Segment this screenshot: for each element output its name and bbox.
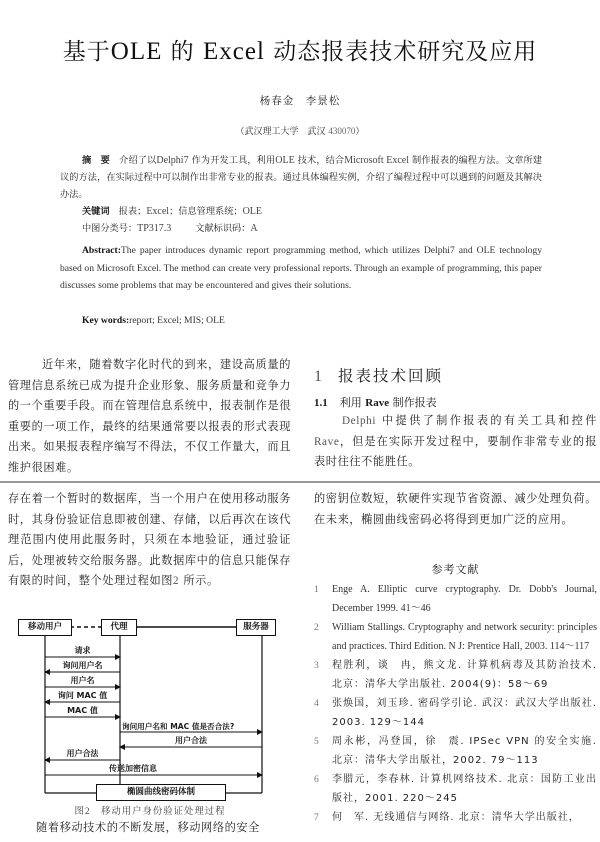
references-title: 参考文献 bbox=[314, 561, 597, 577]
keywords-en-label: Key words: bbox=[82, 315, 129, 326]
keywords-en: Key words:report; Excel; MIS; OLE bbox=[82, 315, 225, 326]
message-label: 用户名 bbox=[45, 675, 120, 686]
abstract-en-label: Abstract: bbox=[82, 245, 121, 256]
reference-text: 张焕国，刘玉珍. 密码学引论. 武汉：武汉大学出版社. 2003. 129～14… bbox=[332, 694, 597, 732]
message-label: 用户合法 bbox=[45, 748, 120, 759]
reference-item: 5周永彬，冯登国，徐 震. IPSec VPN 的安全实施. 北京：清华大学出版… bbox=[314, 732, 597, 770]
affiliation-close: ） bbox=[355, 127, 364, 137]
reference-number: 4 bbox=[314, 694, 332, 732]
title-part: 的 bbox=[162, 39, 203, 65]
message-label: 传送加密信息 bbox=[78, 763, 188, 774]
page-divider bbox=[0, 481, 600, 483]
keyword: ；信息管理系统； bbox=[169, 206, 243, 217]
para-text: 所示。 bbox=[179, 574, 219, 587]
reference-number: 6 bbox=[314, 770, 332, 808]
node-mobile-user: 移动用户 bbox=[18, 619, 72, 636]
ecc-box: 椭圆曲线密码体制 bbox=[96, 784, 226, 801]
subsection-number: 1.1 bbox=[314, 397, 328, 409]
mobile-security-paragraph: 随着移动技术的不断发展，移动网络的安全 bbox=[8, 818, 291, 839]
para-text: ，但是在实际开发过程中，要制作非常专业的报表时往往不能胜任。 bbox=[314, 435, 597, 469]
section-number: 1 bbox=[314, 368, 324, 385]
reference-item: 3程胜利，谈 冉，熊文龙. 计算机病毒及其防治技术. 北京：清华大学出版社. 2… bbox=[314, 656, 597, 694]
abstract-cn: 摘 要 介绍了以Delphi7 作为开发工具，利用OLE 技术，结合Micros… bbox=[60, 152, 542, 203]
authors: 杨春金 李景松 bbox=[0, 93, 600, 108]
section-heading: 1报表技术回顾 bbox=[314, 364, 443, 386]
subsection-title: Rave bbox=[365, 397, 389, 409]
reference-number: 1 bbox=[314, 580, 332, 618]
keywords-en-text: report; Excel; MIS; OLE bbox=[129, 315, 225, 326]
title-part: OLE bbox=[111, 38, 163, 65]
abstract-en: Abstract:The paper introduces dynamic re… bbox=[60, 242, 542, 295]
message-label: 询问用户名 bbox=[45, 660, 120, 671]
doc-code-label: 文献标识码： bbox=[195, 223, 250, 234]
figure-2-diagram: 移动用户 代理 服务器 请求 询问用户名 用户名 询问 MAC 值 MAC 值 … bbox=[18, 617, 280, 812]
reference-text: William Stallings. Cryptography and netw… bbox=[332, 618, 597, 656]
abstract-text: Microsoft Excel bbox=[344, 155, 409, 166]
title-part: Excel bbox=[203, 38, 265, 65]
affiliation-text: （武汉理工大学 武汉 bbox=[236, 127, 329, 137]
keyword: 报表； bbox=[110, 206, 147, 217]
reference-item: 1Enge A. Elliptic curve cryptography. Dr… bbox=[314, 580, 597, 618]
paper-title: 基于OLE 的 Excel 动态报表技术研究及应用 bbox=[0, 33, 600, 66]
abstract-text: Delphi7 bbox=[156, 155, 188, 166]
intro-paragraph: 近年来，随着数字化时代的到来，建设高质量的管理信息系统已成为提升企业形象、服务质… bbox=[8, 355, 291, 478]
reference-text: 周永彬，冯登国，徐 震. IPSec VPN 的安全实施. 北京：清华大学出版社… bbox=[332, 732, 597, 770]
reference-number: 7 bbox=[314, 808, 332, 827]
abstract-text: 技术，结合 bbox=[295, 155, 345, 166]
abstract-en-text: The paper introduces dynamic report prog… bbox=[60, 245, 542, 291]
subsection-title: 利用 bbox=[340, 396, 366, 409]
subsection-title: 制作报表 bbox=[389, 396, 437, 409]
affiliation: （武汉理工大学 武汉 430070） bbox=[0, 124, 600, 137]
keyword: OLE bbox=[243, 206, 262, 217]
caption-prefix: 图 bbox=[75, 806, 85, 817]
reference-item: 4张焕国，刘玉珍. 密码学引论. 武汉：武汉大学出版社. 2003. 129～1… bbox=[314, 694, 597, 732]
caption-text: 移动用户身份验证处理过程 bbox=[91, 806, 226, 817]
class-label: 中图分类号： bbox=[82, 223, 137, 234]
reference-number: 5 bbox=[314, 732, 332, 770]
para-text: Rave bbox=[314, 436, 339, 448]
proxy-paragraph: 存在着一个暂时的数据库，当一个用户在使用移动服务时，其身份验证信息即被创建、存储… bbox=[8, 489, 291, 592]
reference-number: 2 bbox=[314, 618, 332, 656]
ecc-paragraph: 的密钥位数短，软硬件实现节省资源、减少处理负荷。在未来，椭圆曲线密码必将得到更加… bbox=[314, 489, 597, 530]
subsection-heading: 1.1利用 Rave 制作报表 bbox=[314, 394, 437, 410]
abstract-label: 摘 要 bbox=[82, 155, 110, 166]
section-title: 报表技术回顾 bbox=[338, 367, 443, 385]
reference-item: 2William Stallings. Cryptography and net… bbox=[314, 618, 597, 656]
message-label: 询问用户名和 MAC 值是否合法? bbox=[122, 721, 272, 732]
title-part: 动态报表技术研究及应用 bbox=[265, 39, 537, 65]
rave-paragraph: Delphi 中提供了制作报表的有关工具和控件 Rave，但是在实际开发过程中，… bbox=[314, 411, 597, 473]
reference-text: 程胜利，谈 冉，熊文龙. 计算机病毒及其防治技术. 北京：清华大学出版社. 20… bbox=[332, 656, 597, 694]
reference-number: 3 bbox=[314, 656, 332, 694]
node-server: 服务器 bbox=[236, 619, 276, 636]
message-label: 用户合法 bbox=[120, 735, 262, 746]
para-text: 存在着一个暂时的数据库，当一个用户在使用移动服务时，其身份验证信息即被创建、存储… bbox=[8, 492, 291, 587]
node-proxy: 代理 bbox=[101, 619, 137, 636]
keywords-label: 关键词 bbox=[82, 206, 110, 217]
abstract-text: 介绍了以 bbox=[110, 155, 156, 166]
message-label: 请求 bbox=[45, 645, 120, 656]
abstract-text: OLE bbox=[275, 155, 294, 166]
reference-item: 6李腊元，李春林. 计算机网络技术. 北京：国防工业出版社，2001. 220～… bbox=[314, 770, 597, 808]
class-value: TP317.3 bbox=[137, 223, 171, 234]
postcode: 430070 bbox=[328, 126, 355, 136]
para-text: 中提供了制作报表的有关工具和控件 bbox=[376, 414, 597, 427]
message-label: 询问 MAC 值 bbox=[45, 690, 120, 701]
figure-caption: 图2 移动用户身份验证处理过程 bbox=[0, 803, 300, 817]
reference-text: Enge A. Elliptic curve cryptography. Dr.… bbox=[332, 580, 597, 618]
para-text: Delphi bbox=[342, 415, 376, 427]
references-list: 1Enge A. Elliptic curve cryptography. Dr… bbox=[314, 580, 597, 827]
reference-text: 何 军. 无线通信与网络. 北京：清华大学出版社， bbox=[332, 808, 597, 827]
classification-line: 中图分类号：TP317.3文献标识码：A bbox=[82, 220, 258, 237]
message-label: MAC 值 bbox=[45, 705, 120, 716]
keywords-cn: 关键词 报表；Excel；信息管理系统；OLE bbox=[82, 203, 262, 220]
title-part: 基于 bbox=[63, 39, 111, 65]
abstract-text: 作为开发工具，利用 bbox=[189, 155, 276, 166]
reference-item: 7何 军. 无线通信与网络. 北京：清华大学出版社， bbox=[314, 808, 597, 827]
keyword: Excel bbox=[146, 206, 169, 217]
doc-code-value: A bbox=[250, 223, 257, 234]
reference-text: 李腊元，李春林. 计算机网络技术. 北京：国防工业出版社，2001. 220～2… bbox=[332, 770, 597, 808]
